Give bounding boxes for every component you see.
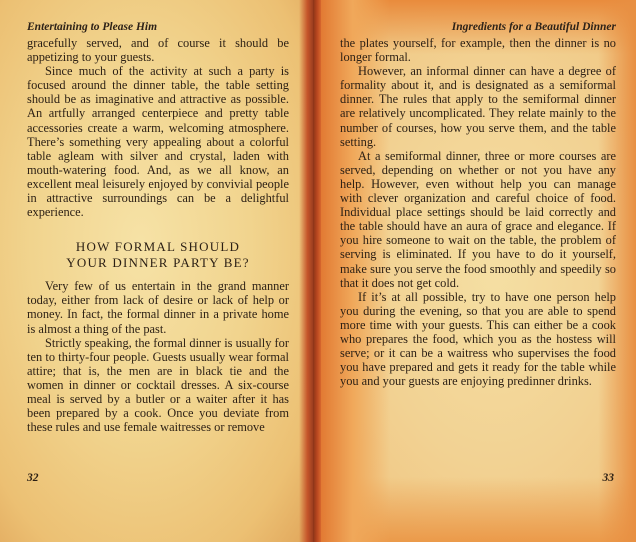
running-head-right: Ingredients for a Beautiful Dinner bbox=[340, 18, 616, 36]
running-head-left: Entertaining to Please Him bbox=[27, 18, 313, 36]
section-heading: HOW FORMAL SHOULD YOUR DINNER PARTY BE? bbox=[27, 239, 289, 271]
book-spread: Entertaining to Please Him gracefully se… bbox=[0, 0, 636, 542]
paragraph: Very few of us entertain in the grand ma… bbox=[27, 279, 289, 335]
section-heading-line-1: HOW FORMAL SHOULD bbox=[27, 239, 289, 255]
paragraph: At a semiformal dinner, three or more co… bbox=[340, 149, 616, 290]
paragraph: gracefully served, and of course it shou… bbox=[27, 36, 289, 64]
paragraph: Since much of the activity at such a par… bbox=[27, 64, 289, 219]
right-page: Ingredients for a Beautiful Dinner the p… bbox=[321, 0, 636, 542]
left-body-text-continued: Very few of us entertain in the grand ma… bbox=[27, 279, 289, 434]
right-body-text: the plates yourself, for example, then t… bbox=[340, 36, 616, 388]
left-body-text: gracefully served, and of course it shou… bbox=[27, 36, 289, 219]
paragraph: Strictly speaking, the formal dinner is … bbox=[27, 336, 289, 435]
paragraph: the plates yourself, for example, then t… bbox=[340, 36, 616, 64]
paragraph: However, an informal dinner can have a d… bbox=[340, 64, 616, 149]
section-heading-line-2: YOUR DINNER PARTY BE? bbox=[27, 255, 289, 271]
left-page: Entertaining to Please Him gracefully se… bbox=[0, 0, 313, 542]
page-number-left: 32 bbox=[27, 472, 39, 484]
paragraph: If it’s at all possible, try to have one… bbox=[340, 290, 616, 389]
page-number-right: 33 bbox=[603, 472, 615, 484]
book-gutter bbox=[313, 0, 321, 542]
